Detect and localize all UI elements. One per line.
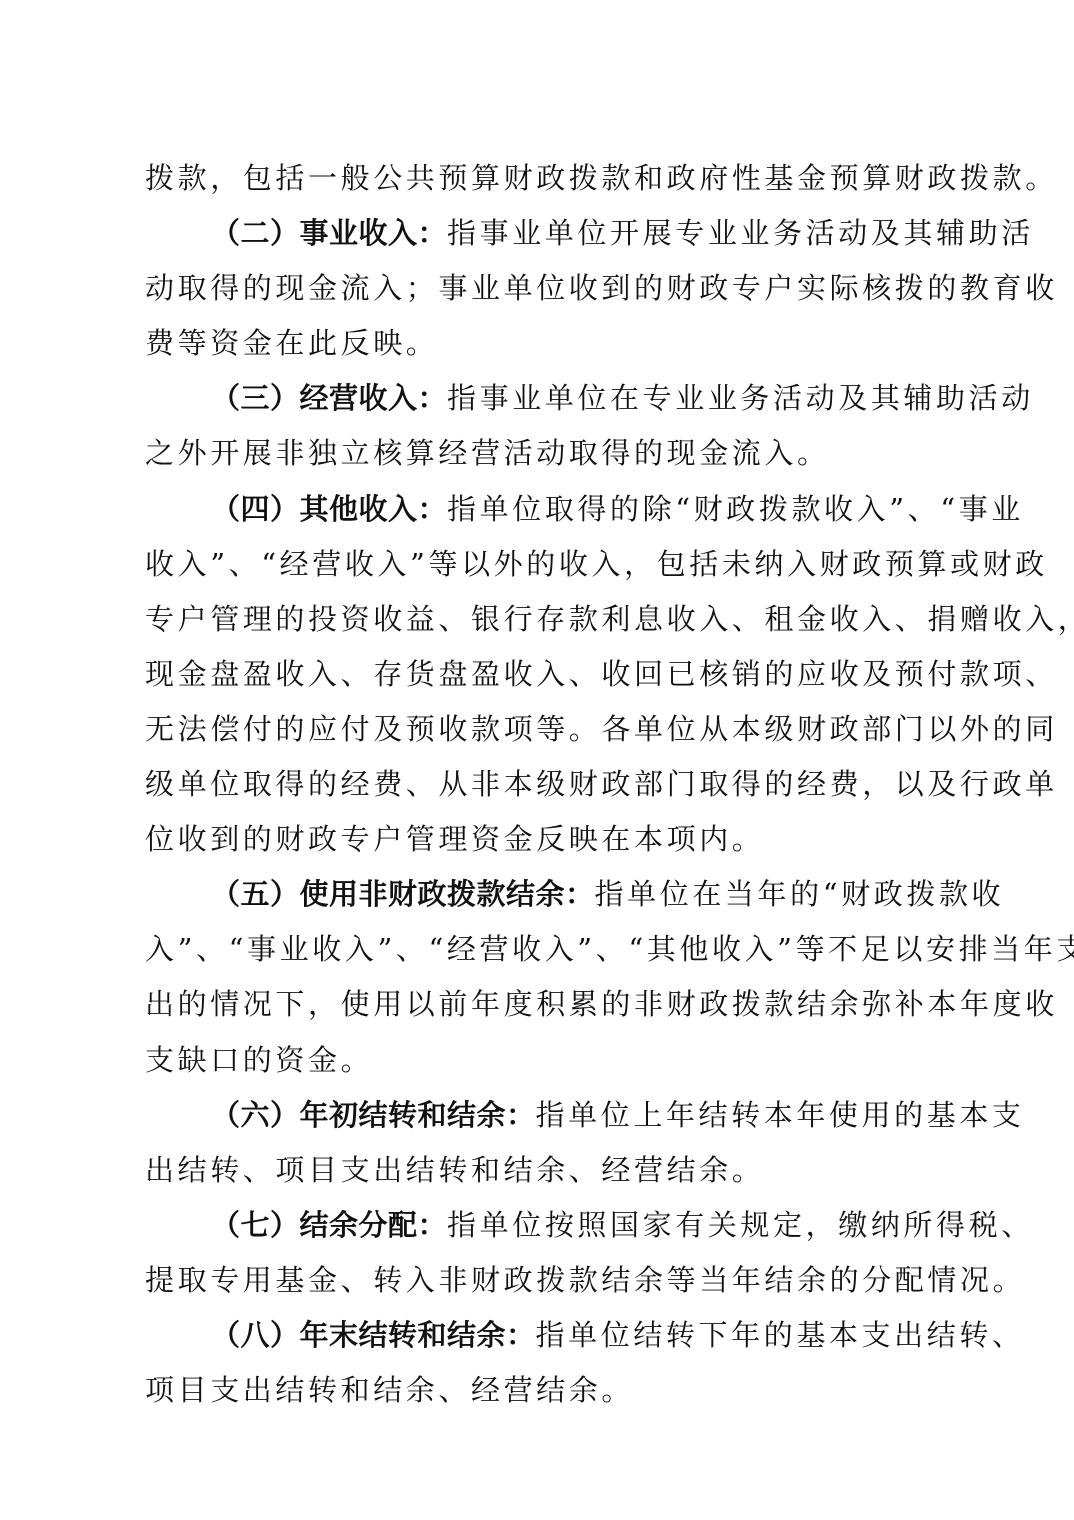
text-line-13: 位收到的财政专户管理资金反映在本项内。: [145, 819, 945, 874]
text-line-2: （二）事业收入：指事业单位开展专业业务活动及其辅助活: [145, 213, 945, 268]
line-text: 专户管理的投资收益、银行存款利息收入、租金收入、捐赠收入，: [145, 602, 1074, 636]
text-line-18: （六）年初结转和结余：指单位上年结转本年使用的基本支: [145, 1095, 945, 1150]
text-line-1: 拨款，包括一般公共预算财政拨款和政府性基金预算财政拨款。: [145, 158, 945, 213]
line-text: 指单位结转下年的基本支出结转、: [536, 1318, 1025, 1352]
section-heading-opening-balance: （六）年初结转和结余：: [211, 1098, 536, 1132]
text-line-10: 现金盘盈收入、存货盘盈收入、收回已核销的应收及预付款项、: [145, 654, 945, 709]
text-line-19: 出结转、项目支出结转和结余、经营结余。: [145, 1150, 945, 1205]
text-line-20: （七）结余分配：指单位按照国家有关规定，缴纳所得税、: [145, 1205, 945, 1260]
line-text: 动取得的现金流入；事业单位收到的财政专户实际核拨的教育收: [145, 271, 1058, 305]
line-text: 之外开展非独立核算经营活动取得的现金流入。: [145, 436, 830, 470]
section-heading-closing-balance: （八）年末结转和结余：: [211, 1318, 536, 1352]
text-line-23: 项目支出结转和结余、经营结余。: [145, 1370, 945, 1425]
line-text: 提取专用基金、转入非财政拨款结余等当年结余的分配情况。: [145, 1263, 1025, 1297]
line-text: 出的情况下，使用以前年度积累的非财政拨款结余弥补本年度收: [145, 987, 1058, 1021]
text-line-16: 出的情况下，使用以前年度积累的非财政拨款结余弥补本年度收: [145, 984, 945, 1039]
section-heading-operating-income: （三）经营收入：: [211, 381, 447, 415]
text-line-6: 之外开展非独立核算经营活动取得的现金流入。: [145, 433, 945, 488]
line-text: 费等资金在此反映。: [145, 326, 438, 360]
line-text: 现金盘盈收入、存货盘盈收入、收回已核销的应收及预付款项、: [145, 657, 1058, 691]
text-line-21: 提取专用基金、转入非财政拨款结余等当年结余的分配情况。: [145, 1260, 945, 1315]
text-line-15: 入”、“事业收入”、“经营收入”、“其他收入”等不足以安排当年支: [145, 929, 945, 984]
line-text: 指事业单位在专业业务活动及其辅助活动: [447, 381, 1034, 415]
line-text: 无法偿付的应付及预收款项等。各单位从本级财政部门以外的同: [145, 712, 1058, 746]
line-text: 级单位取得的经费、从非本级财政部门取得的经费，以及行政单: [145, 767, 1058, 801]
line-text: 指单位上年结转本年使用的基本支: [536, 1098, 1025, 1132]
text-line-8: 收入”、“经营收入”等以外的收入，包括未纳入财政预算或财政: [145, 544, 945, 599]
line-text: 入”、“事业收入”、“经营收入”、“其他收入”等不足以安排当年支: [145, 932, 1074, 966]
text-line-4: 费等资金在此反映。: [145, 323, 945, 378]
line-text: 拨款，包括一般公共预算财政拨款和政府性基金预算财政拨款。: [145, 161, 1058, 195]
text-line-14: （五）使用非财政拨款结余：指单位在当年的“财政拨款收: [145, 874, 945, 929]
line-text: 支缺口的资金。: [145, 1043, 373, 1077]
text-line-11: 无法偿付的应付及预收款项等。各单位从本级财政部门以外的同: [145, 709, 945, 764]
text-line-3: 动取得的现金流入；事业单位收到的财政专户实际核拨的教育收: [145, 268, 945, 323]
section-heading-non-fiscal-surplus: （五）使用非财政拨款结余：: [211, 877, 595, 911]
line-text: 指单位按照国家有关规定，缴纳所得税、: [447, 1208, 1034, 1242]
text-line-22: （八）年末结转和结余：指单位结转下年的基本支出结转、: [145, 1315, 945, 1370]
text-line-9: 专户管理的投资收益、银行存款利息收入、租金收入、捐赠收入，: [145, 599, 945, 654]
line-text: 出结转、项目支出结转和结余、经营结余。: [145, 1153, 764, 1187]
section-heading-other-income: （四）其他收入：: [211, 492, 447, 526]
line-text: 位收到的财政专户管理资金反映在本项内。: [145, 822, 764, 856]
section-heading-business-income: （二）事业收入：: [211, 216, 447, 250]
line-text: 项目支出结转和结余、经营结余。: [145, 1373, 634, 1407]
section-heading-surplus-distribution: （七）结余分配：: [211, 1208, 447, 1242]
line-text: 指单位取得的除“财政拨款收入”、“事业: [447, 492, 1024, 526]
text-line-7: （四）其他收入：指单位取得的除“财政拨款收入”、“事业: [145, 489, 945, 544]
document-page: 拨款，包括一般公共预算财政拨款和政府性基金预算财政拨款。 （二）事业收入：指事业…: [0, 0, 1074, 1520]
text-line-17: 支缺口的资金。: [145, 1040, 945, 1095]
text-line-12: 级单位取得的经费、从非本级财政部门取得的经费，以及行政单: [145, 764, 945, 819]
line-text: 指事业单位开展专业业务活动及其辅助活: [447, 216, 1034, 250]
text-line-5: （三）经营收入：指事业单位在专业业务活动及其辅助活动: [145, 378, 945, 433]
line-text: 收入”、“经营收入”等以外的收入，包括未纳入财政预算或财政: [145, 547, 1048, 581]
document-body: 拨款，包括一般公共预算财政拨款和政府性基金预算财政拨款。 （二）事业收入：指事业…: [145, 158, 945, 1425]
line-text: 指单位在当年的“财政拨款收: [595, 877, 1005, 911]
